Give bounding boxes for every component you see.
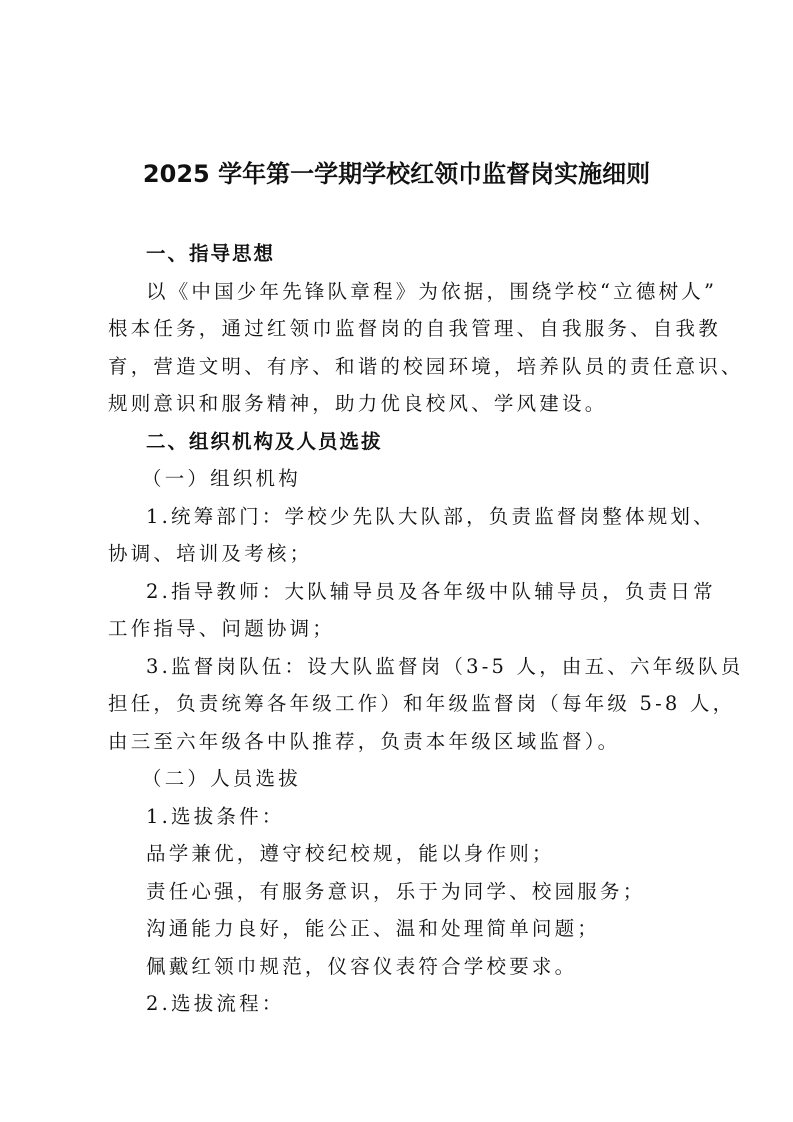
paragraph-line: 1.统筹部门：学校少先队大队部，负责监督岗整体规划、: [146, 501, 716, 529]
paragraph-line: 育，营造文明、有序、和谐的校园环境，培养队员的责任意识、: [108, 351, 744, 379]
paragraph-line: 2.选拔流程：: [146, 988, 285, 1016]
paragraph-line: 由三至六年级各中队推荐，负责本年级区域监督）。: [108, 726, 620, 754]
paragraph-line: 品学兼优，遵守校纪校规，能以身作则；: [146, 838, 555, 866]
paragraph-line: 2.指导教师：大队辅导员及各年级中队辅导员，负责日常: [146, 576, 716, 604]
paragraph-line: 担任，负责统筹各年级工作）和年级监督岗（每年级 5-8 人，: [108, 688, 735, 716]
paragraph-line: 佩戴红领巾规范，仪容仪表符合学校要求。: [146, 951, 577, 979]
paragraph-line: 责任心强，有服务意识，乐于为同学、校园服务；: [146, 876, 645, 904]
paragraph-line: 协调、培训及考核；: [108, 538, 312, 566]
subsection-heading: （二）人员选拔: [142, 763, 301, 791]
document-title: 2025 学年第一学期学校红领巾监督岗实施细则: [0, 154, 793, 189]
section-heading: 一、指导思想: [146, 238, 275, 266]
paragraph-line: 根本任务，通过红领巾监督岗的自我管理、自我服务、自我教: [108, 313, 721, 341]
paragraph-line: 以《中国少年先锋队章程》为依据，围绕学校“立德树人”: [146, 276, 717, 304]
section-heading: 二、组织机构及人员选拔: [146, 426, 383, 454]
paragraph-line: 1.选拔条件：: [146, 801, 285, 829]
subsection-heading: （一）组织机构: [142, 463, 301, 491]
paragraph-line: 工作指导、问题协调；: [108, 613, 335, 641]
paragraph-line: 3.监督岗队伍：设大队监督岗（3-5 人，由五、六年级队员: [146, 651, 744, 679]
paragraph-line: 规则意识和服务精神，助力优良校风、学风建设。: [108, 388, 607, 416]
paragraph-line: 沟通能力良好，能公正、温和处理简单问题；: [146, 913, 600, 941]
